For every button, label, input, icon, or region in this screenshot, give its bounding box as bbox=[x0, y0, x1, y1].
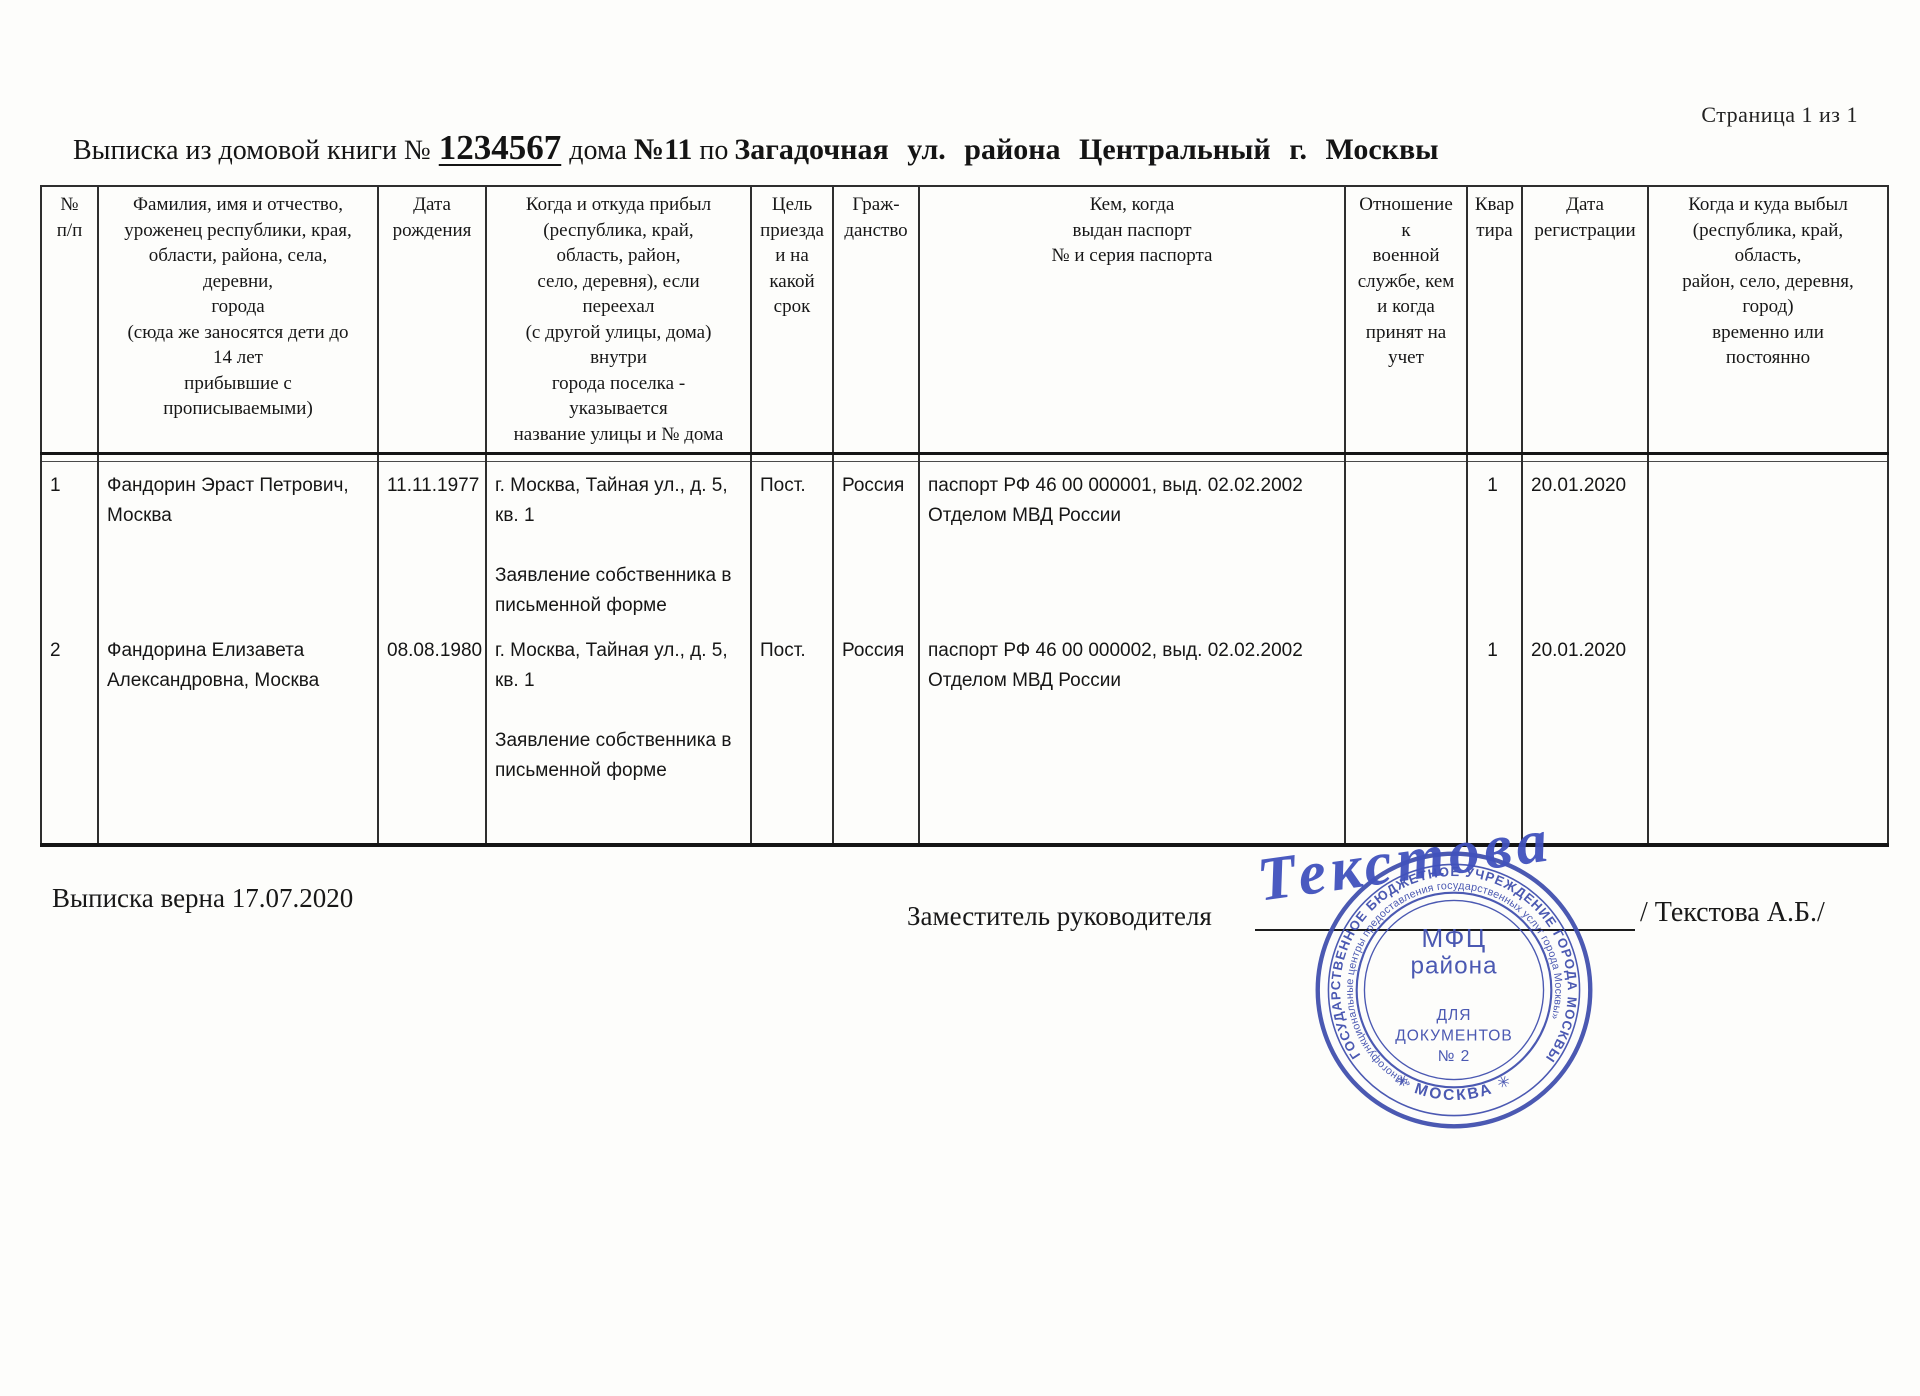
col-header-military: Отношение к военной службе, кем и когда … bbox=[1345, 186, 1467, 454]
rule-cell bbox=[41, 454, 98, 462]
rule-cell bbox=[1467, 454, 1522, 462]
col-header-birthdate: Дата рождения bbox=[378, 186, 486, 454]
fullname-cell: Фандорина Елизавета Александровна, Москв… bbox=[98, 627, 378, 845]
stamp-number-text: № 2 bbox=[1438, 1048, 1471, 1065]
col-header-number: № п/п bbox=[41, 186, 98, 454]
col-header-citizenship: Граж- данство bbox=[833, 186, 919, 454]
military-cell bbox=[1345, 462, 1467, 628]
document-title: Выписка из домовой книги №1234567дома №1… bbox=[73, 128, 1439, 168]
title-word-po: по bbox=[699, 135, 728, 166]
table-row: 1 Фандорин Эраст Петрович, Москва 11.11.… bbox=[41, 462, 1888, 628]
title-book-number: 1234567 bbox=[431, 128, 570, 167]
stamp-district-text: района bbox=[1411, 952, 1498, 979]
col-header-passport: Кем, когда выдан паспорт № и серия паспо… bbox=[919, 186, 1345, 454]
row-number: 1 bbox=[41, 462, 98, 628]
passport-cell: паспорт РФ 46 00 000001, выд. 02.02.2002… bbox=[919, 462, 1345, 628]
title-word-doma: дома bbox=[569, 135, 627, 166]
row-number: 2 bbox=[41, 627, 98, 845]
stamp-mfc-text: МФЦ bbox=[1421, 923, 1486, 953]
registration-date-cell: 20.01.2020 bbox=[1522, 462, 1648, 628]
page-indicator: Страница 1 из 1 bbox=[1701, 102, 1858, 128]
col-header-arrived-from: Когда и откуда прибыл (республика, край,… bbox=[486, 186, 751, 454]
house-register-table: № п/п Фамилия, имя и отчество, уроженец … bbox=[40, 185, 1889, 847]
title-prefix: Выписка из домовой книги № bbox=[73, 135, 431, 166]
table-header: № п/п Фамилия, имя и отчество, уроженец … bbox=[41, 186, 1888, 454]
col-header-registration-date: Дата регистрации bbox=[1522, 186, 1648, 454]
rule-cell bbox=[1648, 454, 1888, 462]
arrived-from-cell: г. Москва, Тайная ул., д. 5, кв. 1 Заявл… bbox=[486, 462, 751, 628]
rule-cell bbox=[486, 454, 751, 462]
military-cell bbox=[1345, 627, 1467, 845]
rule-cell bbox=[751, 454, 833, 462]
stamp-documents-text: ДОКУМЕНТОВ bbox=[1395, 1028, 1512, 1045]
col-header-purpose: Цель приезда и на какой срок bbox=[751, 186, 833, 454]
title-house-number: №11 bbox=[634, 133, 693, 166]
purpose-cell: Пост. bbox=[751, 627, 833, 845]
col-header-fullname: Фамилия, имя и отчество, уроженец респуб… bbox=[98, 186, 378, 454]
col-header-departed: Когда и куда выбыл (республика, край, об… bbox=[1648, 186, 1888, 454]
citizenship-cell: Россия bbox=[833, 627, 919, 845]
departed-cell bbox=[1648, 462, 1888, 628]
signatory-name: / Текстова А.Б./ bbox=[1640, 897, 1825, 929]
header-double-rule bbox=[41, 454, 1888, 462]
departed-cell bbox=[1648, 627, 1888, 845]
title-address: Загадочная ул. района Центральный г. Мос… bbox=[728, 133, 1438, 166]
rule-cell bbox=[378, 454, 486, 462]
rule-cell bbox=[919, 454, 1345, 462]
apartment-cell: 1 bbox=[1467, 462, 1522, 628]
passport-cell: паспорт РФ 46 00 000002, выд. 02.02.2002… bbox=[919, 627, 1345, 845]
signatory-role: Заместитель руководителя bbox=[907, 901, 1212, 932]
rule-cell bbox=[98, 454, 378, 462]
rule-cell bbox=[1522, 454, 1648, 462]
rule-cell bbox=[833, 454, 919, 462]
purpose-cell: Пост. bbox=[751, 462, 833, 628]
fullname-cell: Фандорин Эраст Петрович, Москва bbox=[98, 462, 378, 628]
extract-verified-date: Выписка верна 17.07.2020 bbox=[52, 883, 353, 914]
arrived-from-cell: г. Москва, Тайная ул., д. 5, кв. 1 Заявл… bbox=[486, 627, 751, 845]
stamp-for-text: ДЛЯ bbox=[1437, 1007, 1472, 1024]
col-header-apartment: Квар тира bbox=[1467, 186, 1522, 454]
rule-cell bbox=[1345, 454, 1467, 462]
table-header-row: № п/п Фамилия, имя и отчество, уроженец … bbox=[41, 186, 1888, 454]
table-row: 2 Фандорина Елизавета Александровна, Мос… bbox=[41, 627, 1888, 845]
scanned-document-page: Страница 1 из 1 Выписка из домовой книги… bbox=[0, 0, 1920, 1396]
citizenship-cell: Россия bbox=[833, 462, 919, 628]
birthdate-cell: 08.08.1980 bbox=[378, 627, 486, 845]
birthdate-cell: 11.11.1977 bbox=[378, 462, 486, 628]
